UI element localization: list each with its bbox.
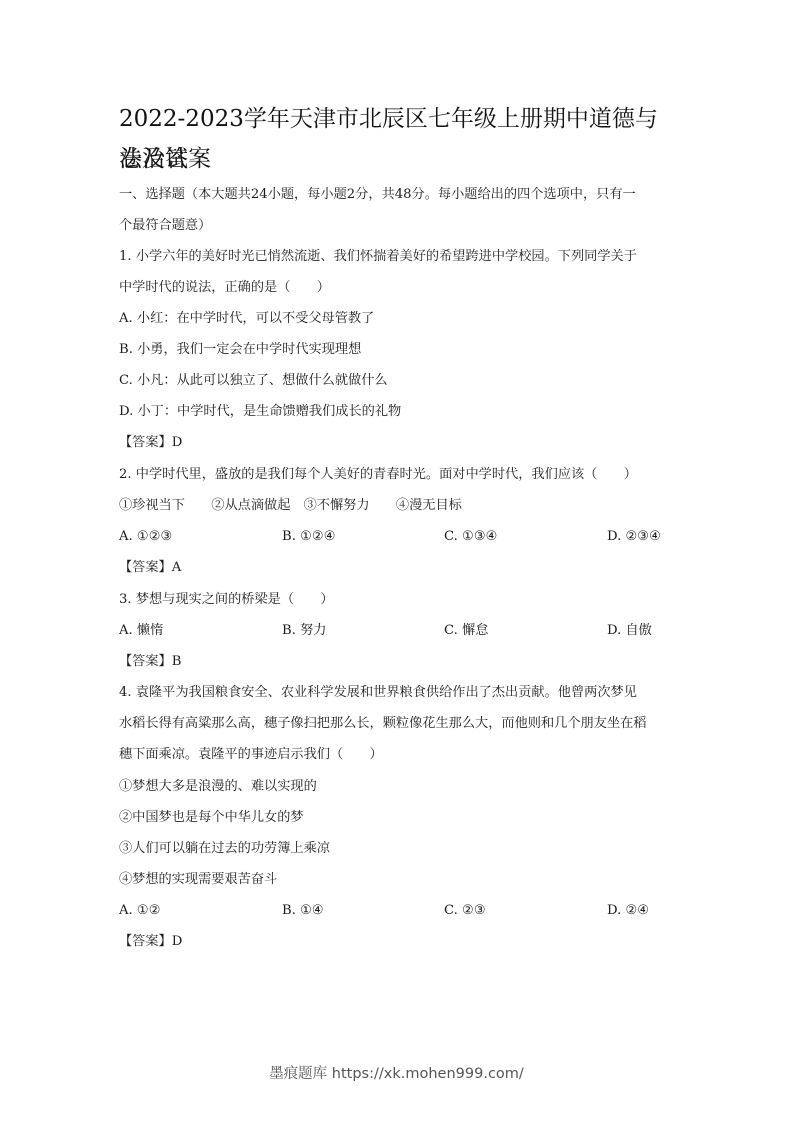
- question-2-option-c: C. ①③④: [444, 527, 497, 547]
- question-3-option-d: D. 自傲: [607, 621, 652, 641]
- question-4-stem-cont-2: 穗下面乘凉。袁隆平的事迹启示我们（ ）: [119, 745, 679, 765]
- question-4-option-a: A. ①②: [119, 901, 161, 921]
- question-2-stem: 2. 中学时代里，盛放的是我们每个人美好的青春时光。面对中学时代，我们应该（ ）: [119, 465, 679, 485]
- question-1-answer: 【答案】D: [119, 433, 679, 453]
- question-3-option-a: A. 懒惰: [119, 621, 163, 641]
- question-4-option-d: D. ②④: [607, 901, 649, 921]
- question-4-statement-1: ①梦想大多是浪漫的、难以实现的: [119, 777, 679, 797]
- section-heading: 一、选择题（本大题共24小题，每小题2分，共48分。每小题给出的四个选项中，只有…: [119, 185, 679, 205]
- question-2-statements: ①珍视当下 ②从点滴做起 ③不懈努力 ④漫无目标: [119, 496, 679, 516]
- question-4-option-c: C. ②③: [444, 901, 486, 921]
- question-2-answer: 【答案】A: [119, 558, 679, 578]
- watermark-footer: 墨痕题库 https://xk.mohen999.com/: [0, 1064, 793, 1084]
- question-1-stem-cont: 中学时代的说法，正确的是（ ）: [119, 278, 679, 298]
- question-4-stem-cont-1: 水稻长得有高粱那么高，穗子像扫把那么长，颗粒像花生那么大，而他则和几个朋友坐在稻: [119, 714, 679, 734]
- document-page: 2022-2023学年天津市北辰区七年级上册期中道德与法治试 卷及答案 一、选择…: [0, 0, 793, 1122]
- question-4-stem: 4. 袁隆平为我国粮食安全、农业科学发展和世界粮食供给作出了杰出贡献。他曾两次梦…: [119, 683, 679, 703]
- question-1-option-d: D. 小丁：中学时代，是生命馈赠我们成长的礼物: [119, 402, 679, 422]
- question-4-answer: 【答案】D: [119, 932, 679, 952]
- question-4-statement-3: ③人们可以躺在过去的功劳簿上乘凉: [119, 839, 679, 859]
- question-1-stem: 1. 小学六年的美好时光已悄然流逝、我们怀揣着美好的希望跨进中学校园。下列同学关…: [119, 247, 679, 267]
- question-3-stem: 3. 梦想与现实之间的桥梁是（ ）: [119, 590, 679, 610]
- question-4-option-b: B. ①④: [282, 901, 324, 921]
- document-title-line-2: 卷及答案: [119, 139, 679, 179]
- question-4-statement-2: ②中国梦也是每个中华儿女的梦: [119, 808, 679, 828]
- question-3-option-b: B. 努力: [282, 621, 326, 641]
- question-2-option-d: D. ②③④: [607, 527, 661, 547]
- question-3-answer: 【答案】B: [119, 652, 679, 672]
- question-4-statement-4: ④梦想的实现需要艰苦奋斗: [119, 870, 679, 890]
- question-2-options: A. ①②③ B. ①②④ C. ①③④ D. ②③④: [119, 527, 679, 547]
- question-2-option-b: B. ①②④: [282, 527, 336, 547]
- question-2-option-a: A. ①②③: [119, 527, 172, 547]
- question-1-option-b: B. 小勇，我们一定会在中学时代实现理想: [119, 340, 679, 360]
- question-1-option-c: C. 小凡：从此可以独立了、想做什么就做什么: [119, 371, 679, 391]
- question-1-option-a: A. 小红：在中学时代，可以不受父母管教了: [119, 309, 679, 329]
- section-heading-cont: 个最符合题意）: [119, 216, 679, 236]
- question-3-options: A. 懒惰 B. 努力 C. 懈怠 D. 自傲: [119, 621, 679, 641]
- question-3-option-c: C. 懈怠: [444, 621, 488, 641]
- question-4-options: A. ①② B. ①④ C. ②③ D. ②④: [119, 901, 679, 921]
